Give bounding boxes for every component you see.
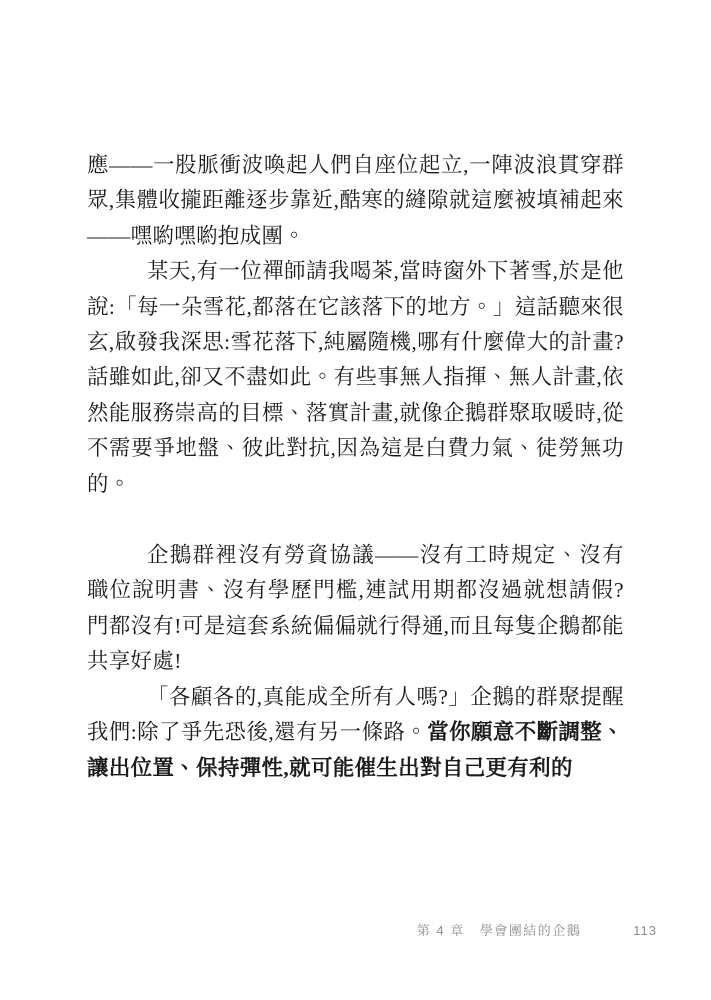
paragraph-text: 應——一股脈衝波喚起人們自座位起立,一陣波浪貫穿群眾,集體收攏距離逐步靠近,酷寒… bbox=[87, 153, 624, 248]
paragraph-conclusion: 「各顧各的,真能成全所有人嗎?」企鵝的群聚提醒我們:除了爭先恐後,還有另一條路。… bbox=[87, 680, 624, 786]
paragraph-continuation: 應——一股脈衝波喚起人們自座位起立,一陣波浪貫穿群眾,集體收攏距離逐步靠近,酷寒… bbox=[87, 148, 624, 254]
paragraph-text: 企鵝群裡沒有勞資協議——沒有工時規定、沒有職位說明書、沒有學歷門檻,連試用期都沒… bbox=[87, 543, 624, 673]
chapter-title: 學會團結的企鵝 bbox=[480, 920, 582, 939]
chapter-number: 第 4 章 bbox=[417, 920, 465, 939]
page-number: 113 bbox=[633, 923, 657, 938]
paragraph-zen-master: 某天,有一位禪師請我喝茶,當時窗外下著雪,於是他說:「每一朵雪花,都落在它該落下… bbox=[87, 254, 624, 502]
book-page: 應——一股脈衝波喚起人們自座位起立,一陣波浪貫穿群眾,集體收攏距離逐步靠近,酷寒… bbox=[0, 0, 711, 1000]
page-footer: 第 4 章 學會團結的企鵝 113 bbox=[0, 920, 657, 939]
body-text: 應——一股脈衝波喚起人們自座位起立,一陣波浪貫穿群眾,集體收攏距離逐步靠近,酷寒… bbox=[87, 148, 624, 786]
paragraph-text: 某天,有一位禪師請我喝茶,當時窗外下著雪,於是他說:「每一朵雪花,都落在它該落下… bbox=[87, 259, 624, 495]
running-head: 第 4 章 學會團結的企鵝 bbox=[417, 920, 581, 939]
paragraph-penguin-colony: 企鵝群裡沒有勞資協議——沒有工時規定、沒有職位說明書、沒有學歷門檻,連試用期都沒… bbox=[87, 538, 624, 680]
